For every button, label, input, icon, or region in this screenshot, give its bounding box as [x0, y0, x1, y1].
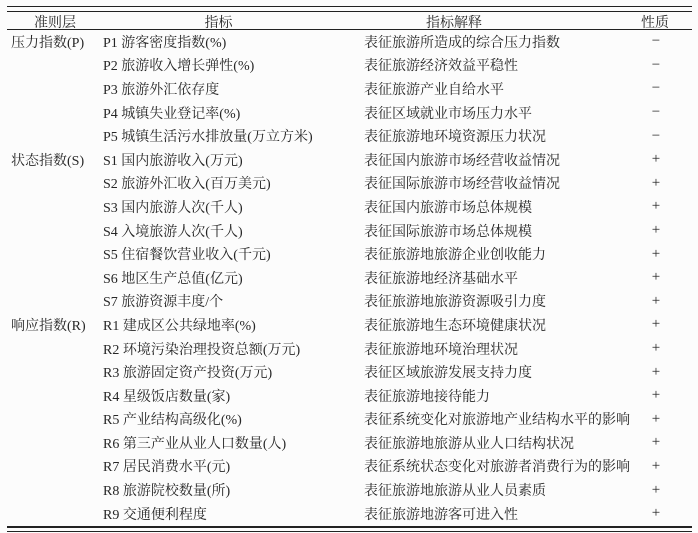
nature-cell: + — [614, 482, 692, 499]
nature-cell: + — [614, 505, 692, 522]
nature-cell: − — [614, 33, 692, 50]
indicator-cell: R3 旅游固定资产投资(万元) — [103, 362, 364, 382]
nature-cell: + — [614, 411, 692, 428]
table-bottom-double-rule — [7, 526, 692, 532]
table-row: R3 旅游固定资产投资(万元) 表征区域旅游发展支持力度 + — [7, 360, 692, 384]
explanation-cell: 表征国内旅游市场总体规模 — [364, 197, 614, 217]
nature-cell: + — [614, 316, 692, 333]
nature-cell: + — [614, 246, 692, 263]
explanation-cell: 表征旅游地游客可进入性 — [364, 504, 614, 524]
column-header-indicator: 指标 — [103, 12, 364, 32]
nature-cell: + — [614, 364, 692, 381]
table-row: 状态指数(S) S1 国内旅游收入(万元) 表征国内旅游市场经营收益情况 + — [7, 148, 692, 172]
explanation-cell: 表征旅游所造成的综合压力指数 — [364, 32, 614, 52]
nature-cell: + — [614, 293, 692, 310]
explanation-cell: 表征区域就业市场压力水平 — [364, 103, 614, 123]
table-header-row: 准则层 指标 指标解释 性质 — [7, 12, 692, 30]
table-row: S7 旅游资源丰度/个 表征旅游地旅游资源吸引力度 + — [7, 290, 692, 314]
explanation-cell: 表征国际旅游市场经营收益情况 — [364, 173, 614, 193]
explanation-cell: 表征旅游地接待能力 — [364, 386, 614, 406]
indicator-cell: S3 国内旅游人次(千人) — [103, 197, 364, 217]
table-row: P5 城镇生活污水排放量(万立方米) 表征旅游地环境资源压力状况 − — [7, 124, 692, 148]
indicator-cell: S6 地区生产总值(亿元) — [103, 268, 364, 288]
indicator-cell: P3 旅游外汇依存度 — [103, 79, 364, 99]
nature-cell: + — [614, 175, 692, 192]
explanation-cell: 表征区域旅游发展支持力度 — [364, 362, 614, 382]
explanation-cell: 表征旅游经济效益平稳性 — [364, 55, 614, 75]
indicator-cell: S7 旅游资源丰度/个 — [103, 291, 364, 311]
explanation-cell: 表征旅游地环境治理状况 — [364, 339, 614, 359]
nature-cell: − — [614, 128, 692, 145]
table-row: R5 产业结构高级化(%) 表征系统变化对旅游地产业结构水平的影响 + — [7, 408, 692, 432]
explanation-cell: 表征旅游地经济基础水平 — [364, 268, 614, 288]
column-header-criterion: 准则层 — [7, 12, 103, 32]
table-row: P3 旅游外汇依存度 表征旅游产业自给水平 − — [7, 77, 692, 101]
table-row: S3 国内旅游人次(千人) 表征国内旅游市场总体规模 + — [7, 195, 692, 219]
nature-cell: − — [614, 104, 692, 121]
table-row: R7 居民消费水平(元) 表征系统状态变化对旅游者消费行为的影响 + — [7, 455, 692, 479]
indicator-cell: R4 星级饭店数量(家) — [103, 386, 364, 406]
table-row: 压力指数(P) P1 游客密度指数(%) 表征旅游所造成的综合压力指数 − — [7, 30, 692, 54]
nature-cell: + — [614, 340, 692, 357]
table-row: S2 旅游外汇收入(百万美元) 表征国际旅游市场经营收益情况 + — [7, 172, 692, 196]
table-row: R8 旅游院校数量(所) 表征旅游地旅游从业人员素质 + — [7, 478, 692, 502]
nature-cell: + — [614, 434, 692, 451]
nature-cell: + — [614, 222, 692, 239]
explanation-cell: 表征旅游地环境资源压力状况 — [364, 126, 614, 146]
indicator-cell: P5 城镇生活污水排放量(万立方米) — [103, 126, 364, 146]
indicator-cell: R6 第三产业从业人口数量(人) — [103, 433, 364, 453]
nature-cell: − — [614, 80, 692, 97]
table-row: 响应指数(R) R1 建成区公共绿地率(%) 表征旅游地生态环境健康状况 + — [7, 313, 692, 337]
table-row: R4 星级饭店数量(家) 表征旅游地接待能力 + — [7, 384, 692, 408]
nature-cell: + — [614, 198, 692, 215]
page: 准则层 指标 指标解释 性质 压力指数(P) P1 游客密度指数(%) 表征旅游… — [0, 0, 698, 533]
table-body: 压力指数(P) P1 游客密度指数(%) 表征旅游所造成的综合压力指数 − P2… — [7, 30, 692, 525]
criterion-cell: 响应指数(R) — [7, 315, 103, 335]
column-header-nature: 性质 — [614, 12, 692, 32]
table-row: S4 入境旅游人次(千人) 表征国际旅游市场总体规模 + — [7, 219, 692, 243]
indicator-cell: S1 国内旅游收入(万元) — [103, 150, 364, 170]
nature-cell: + — [614, 269, 692, 286]
explanation-cell: 表征旅游地旅游从业人员素质 — [364, 480, 614, 500]
indicator-cell: R7 居民消费水平(元) — [103, 456, 364, 476]
explanation-cell: 表征旅游地旅游资源吸引力度 — [364, 291, 614, 311]
indicator-cell: P1 游客密度指数(%) — [103, 32, 364, 52]
explanation-cell: 表征系统变化对旅游地产业结构水平的影响 — [364, 409, 614, 429]
indicator-cell: R5 产业结构高级化(%) — [103, 409, 364, 429]
nature-cell: − — [614, 57, 692, 74]
explanation-cell: 表征旅游地旅游企业创收能力 — [364, 244, 614, 264]
explanation-cell: 表征国内旅游市场经营收益情况 — [364, 150, 614, 170]
explanation-cell: 表征国际旅游市场总体规模 — [364, 221, 614, 241]
indicator-system-table: 准则层 指标 指标解释 性质 压力指数(P) P1 游客密度指数(%) 表征旅游… — [7, 6, 692, 532]
explanation-cell: 表征旅游地生态环境健康状况 — [364, 315, 614, 335]
explanation-cell: 表征系统状态变化对旅游者消费行为的影响 — [364, 456, 614, 476]
explanation-cell: 表征旅游地旅游从业人口结构状况 — [364, 433, 614, 453]
table-row: R6 第三产业从业人口数量(人) 表征旅游地旅游从业人口结构状况 + — [7, 431, 692, 455]
indicator-cell: R1 建成区公共绿地率(%) — [103, 315, 364, 335]
table-row: S5 住宿餐饮营业收入(千元) 表征旅游地旅游企业创收能力 + — [7, 242, 692, 266]
indicator-cell: P2 旅游收入增长弹性(%) — [103, 55, 364, 75]
table-row: S6 地区生产总值(亿元) 表征旅游地经济基础水平 + — [7, 266, 692, 290]
nature-cell: + — [614, 458, 692, 475]
table-row: P4 城镇失业登记率(%) 表征区域就业市场压力水平 − — [7, 101, 692, 125]
column-header-explanation: 指标解释 — [364, 12, 614, 32]
indicator-cell: R8 旅游院校数量(所) — [103, 480, 364, 500]
criterion-cell: 压力指数(P) — [7, 32, 103, 52]
indicator-cell: S5 住宿餐饮营业收入(千元) — [103, 244, 364, 264]
nature-cell: + — [614, 151, 692, 168]
nature-cell: + — [614, 387, 692, 404]
table-row: P2 旅游收入增长弹性(%) 表征旅游经济效益平稳性 − — [7, 54, 692, 78]
indicator-cell: R2 环境污染治理投资总额(万元) — [103, 339, 364, 359]
table-row: R9 交通便利程度 表征旅游地游客可进入性 + — [7, 502, 692, 526]
explanation-cell: 表征旅游产业自给水平 — [364, 79, 614, 99]
indicator-cell: P4 城镇失业登记率(%) — [103, 103, 364, 123]
indicator-cell: R9 交通便利程度 — [103, 504, 364, 524]
table-row: R2 环境污染治理投资总额(万元) 表征旅游地环境治理状况 + — [7, 337, 692, 361]
indicator-cell: S4 入境旅游人次(千人) — [103, 221, 364, 241]
indicator-cell: S2 旅游外汇收入(百万美元) — [103, 173, 364, 193]
criterion-cell: 状态指数(S) — [7, 150, 103, 170]
